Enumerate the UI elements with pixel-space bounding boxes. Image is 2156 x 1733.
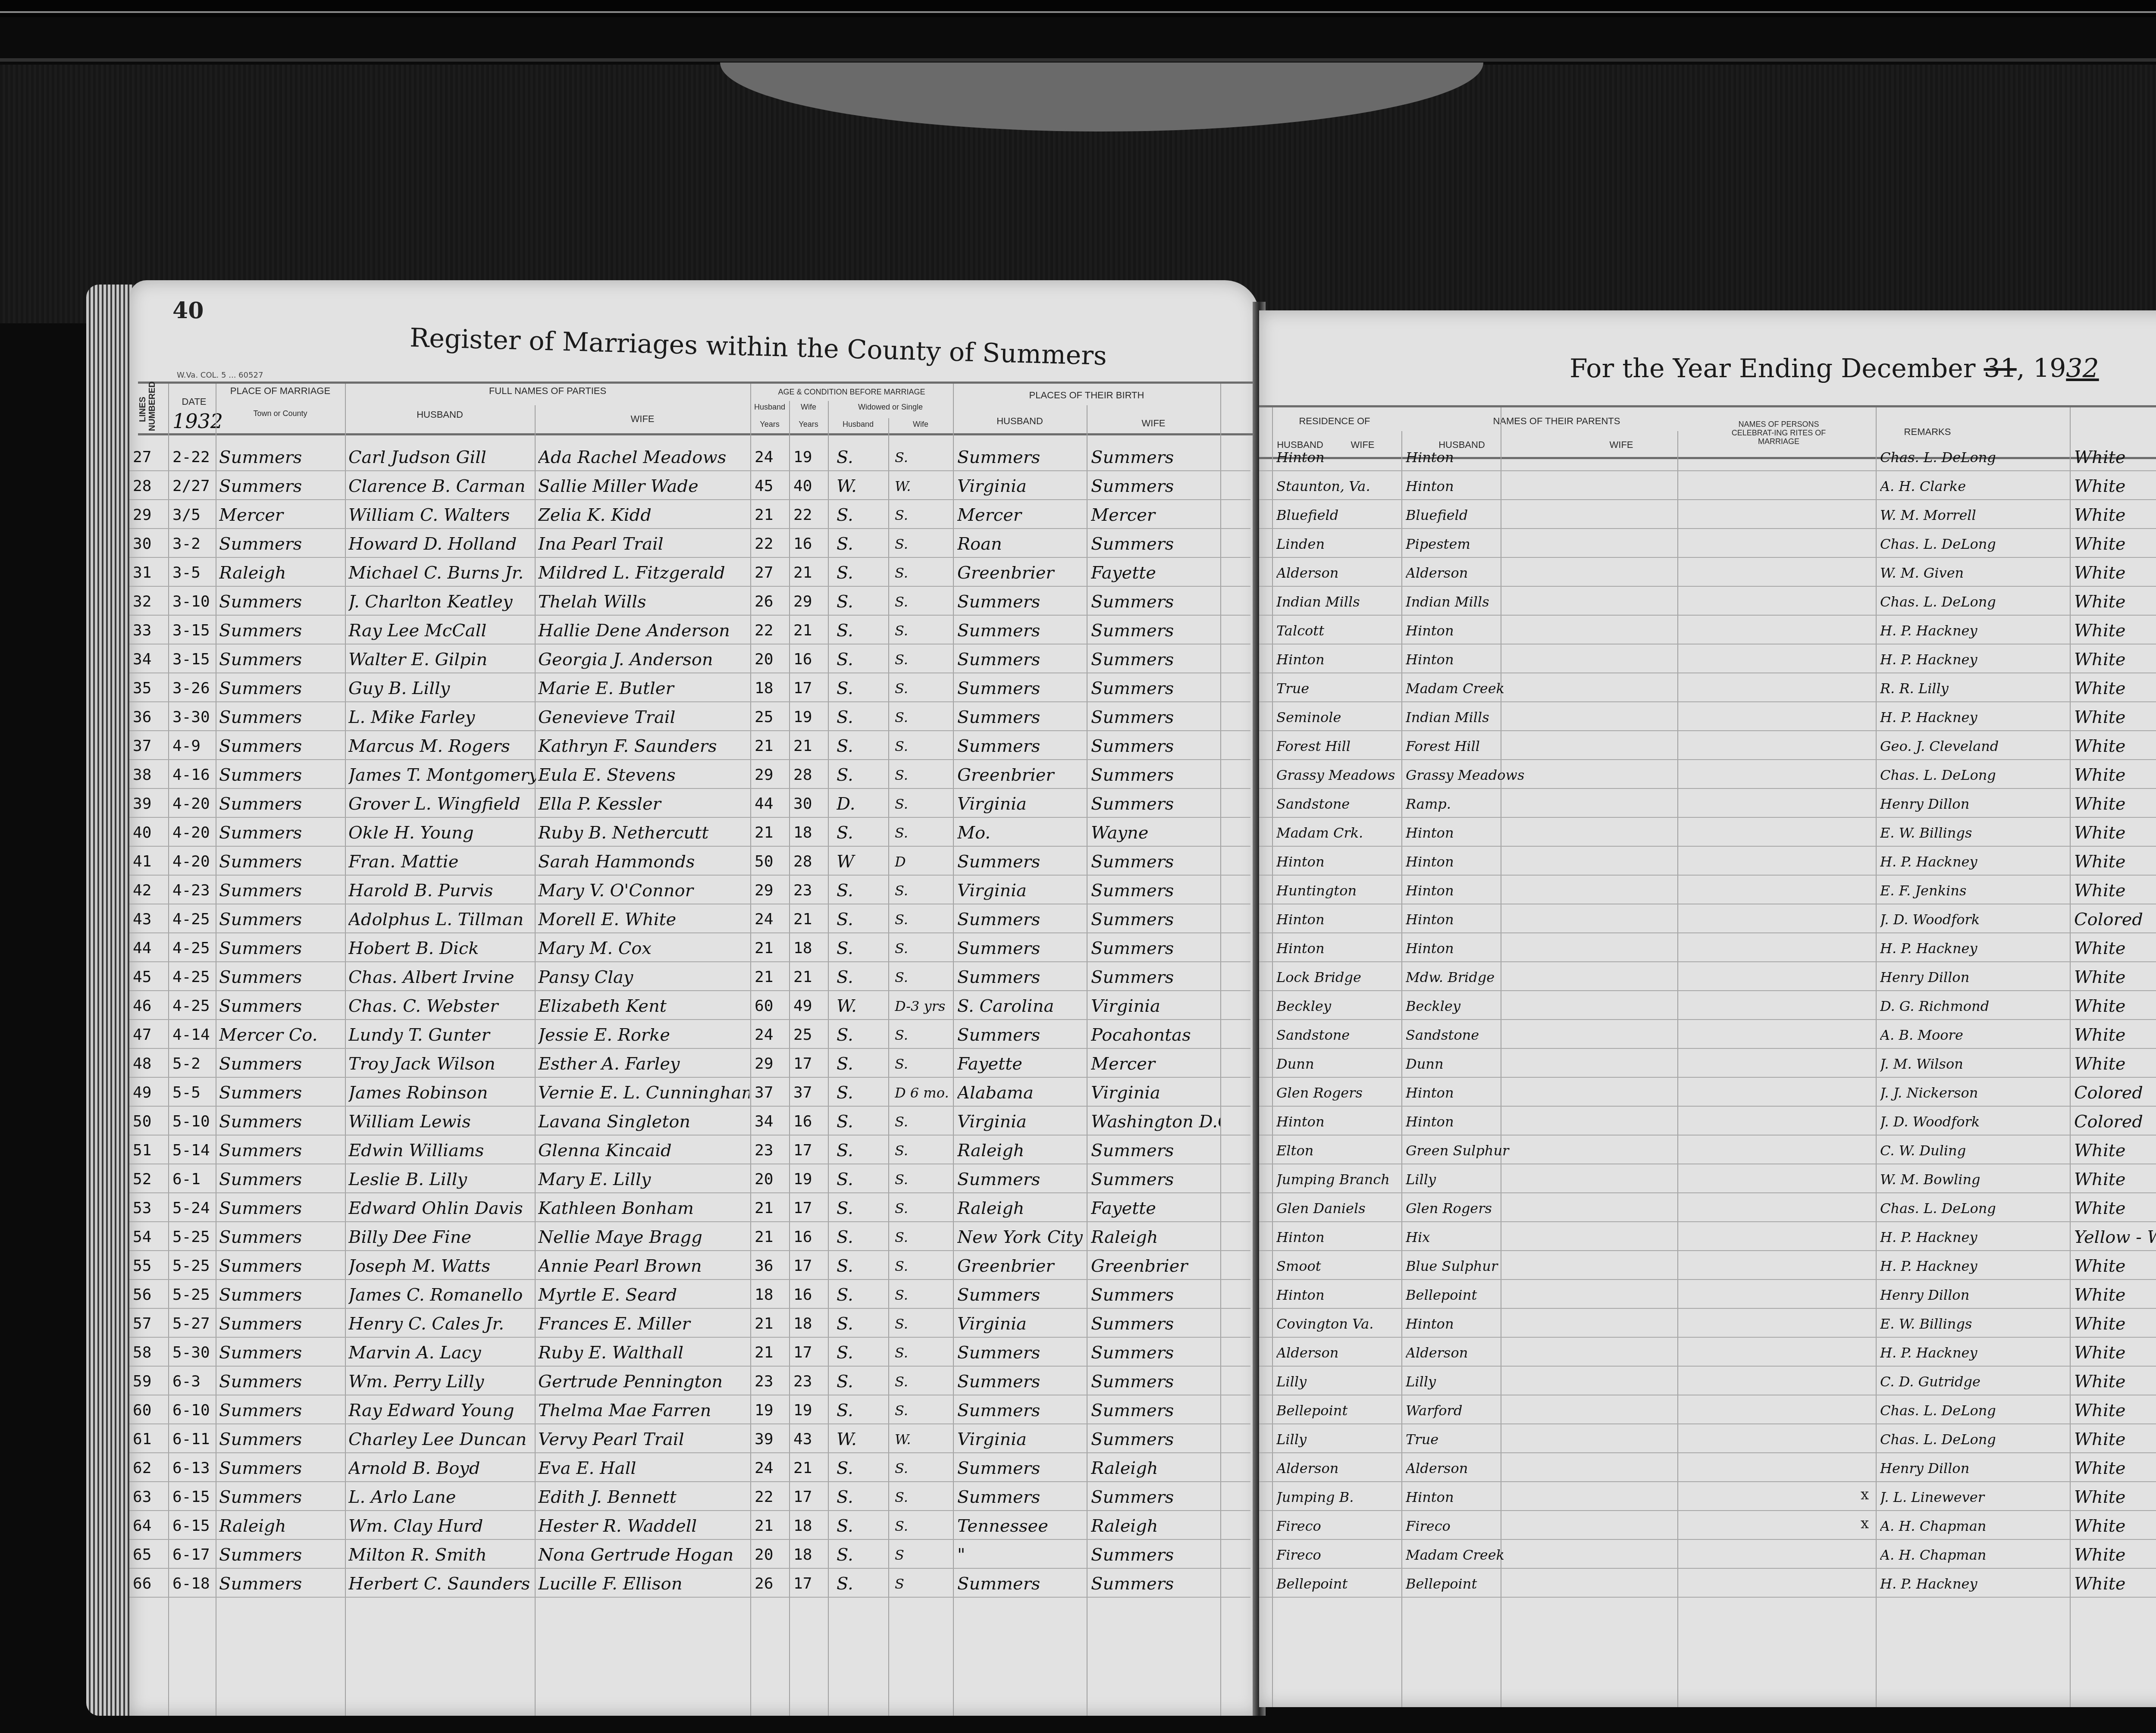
- line-number: 34: [133, 648, 169, 672]
- wife-age: 19: [793, 445, 828, 469]
- header-names-of-parents: NAMES OF THEIR PARENTS: [1397, 416, 1716, 426]
- table-row: HintonHintonH. P. HackneyWhite44: [1259, 933, 2156, 962]
- remarks: White: [2074, 1283, 2156, 1307]
- marriage-date: 3-10: [172, 590, 216, 614]
- table-row: 545-25SummersBilly Dee FineNellie Maye B…: [129, 1222, 1250, 1251]
- table-row: AldersonAldersonW. M. GivenWhite31: [1259, 557, 2156, 587]
- wife-condition: S.: [895, 734, 951, 758]
- wife-name: Gertrude Pennington: [538, 1370, 749, 1394]
- husband-residence: Lilly: [1276, 1427, 1401, 1451]
- wife-name: Ina Pearl Trail: [538, 532, 749, 556]
- husband-residence: Glen Rogers: [1276, 1081, 1401, 1105]
- wife-residence: Pipestem: [1406, 532, 1578, 556]
- place-of-marriage: Summers: [219, 1052, 344, 1076]
- scan-rule: [0, 11, 2156, 13]
- place-of-marriage: Summers: [219, 734, 344, 758]
- table-row: EltonGreen SulphurC. W. DulingWhite51: [1259, 1135, 2156, 1164]
- header-residence-of: RESIDENCE OF: [1272, 416, 1397, 426]
- celebrant-name: J. J. Nickerson: [1880, 1081, 2070, 1105]
- table-row: BellepointWarfordChas. L. DeLongWhite60: [1259, 1395, 2156, 1424]
- wife-name: Mary E. Lilly: [538, 1167, 749, 1192]
- wife-birthplace: Summers: [1091, 1167, 1220, 1192]
- husband-residence: Hinton: [1276, 850, 1401, 874]
- husband-residence: Linden: [1276, 532, 1401, 556]
- line-number: 63: [133, 1485, 169, 1509]
- wife-residence: Blue Sulphur: [1406, 1254, 1578, 1278]
- line-number: 44: [133, 936, 169, 960]
- husband-residence: Sandstone: [1276, 1023, 1401, 1047]
- wife-age: 40: [793, 474, 828, 498]
- wife-name: Ada Rachel Meadows: [538, 445, 749, 469]
- wife-birthplace: Summers: [1091, 648, 1220, 672]
- wife-name: Vernie E. L. Cunningham: [538, 1081, 749, 1105]
- place-of-marriage: Mercer: [219, 503, 344, 527]
- wife-age: 16: [793, 532, 828, 556]
- wife-condition: S.: [895, 532, 951, 556]
- wife-age: 18: [793, 821, 828, 845]
- remarks: Yellow - White: [2074, 1225, 2156, 1249]
- husband-name: Edward Ohlin Davis: [348, 1196, 536, 1220]
- husband-condition: S.: [837, 1283, 888, 1307]
- husband-age: 24: [755, 907, 789, 932]
- marriage-date: 3-26: [172, 676, 216, 701]
- wife-condition: S.: [895, 445, 951, 469]
- place-of-marriage: Summers: [219, 1225, 344, 1249]
- table-row: BluefieldBluefieldW. M. MorrellWhite29: [1259, 500, 2156, 529]
- husband-birthplace: Summers: [957, 1456, 1087, 1480]
- table-row: LillyTrueChas. L. DeLongWhite61: [1259, 1424, 2156, 1453]
- marriage-date: 4-16: [172, 763, 216, 787]
- place-of-marriage: Summers: [219, 590, 344, 614]
- husband-condition: S.: [837, 965, 888, 989]
- husband-condition: S.: [837, 619, 888, 643]
- marriage-date: 6-15: [172, 1485, 216, 1509]
- header-remarks: REMARKS: [1841, 427, 2014, 437]
- celebrant-name: H. P. Hackney: [1880, 619, 2070, 643]
- remarks: White: [2074, 1023, 2156, 1047]
- table-row: FirecoFirecoA. H. ChapmanWhite64x: [1259, 1511, 2156, 1540]
- husband-birthplace: Greenbrier: [957, 1254, 1087, 1278]
- husband-birthplace: Virginia: [957, 1312, 1087, 1336]
- wife-age: 19: [793, 1167, 828, 1192]
- table-row: 555-25SummersJoseph M. WattsAnnie Pearl …: [129, 1251, 1250, 1280]
- table-row: 535-24SummersEdward Ohlin DavisKathleen …: [129, 1193, 1250, 1222]
- place-of-marriage: Raleigh: [219, 561, 344, 585]
- wife-name: Morell E. White: [538, 907, 749, 932]
- wife-residence: Hinton: [1406, 879, 1578, 903]
- husband-birthplace: Summers: [957, 965, 1087, 989]
- husband-condition: S.: [837, 705, 888, 729]
- place-of-marriage: Summers: [219, 850, 344, 874]
- husband-age: 22: [755, 1485, 789, 1509]
- wife-condition: S.: [895, 590, 951, 614]
- marriage-date: 3-15: [172, 619, 216, 643]
- remarks: Colored: [2074, 1110, 2156, 1134]
- husband-name: Herbert C. Saunders: [348, 1572, 536, 1596]
- wife-condition: S.: [895, 1341, 951, 1365]
- husband-name: Howard D. Holland: [348, 532, 536, 556]
- wife-condition: S.: [895, 1196, 951, 1220]
- celebrant-name: W. M. Given: [1880, 561, 2070, 585]
- wife-age: 49: [793, 994, 828, 1018]
- table-row: HintonHintonJ. D. WoodforkColored43: [1259, 904, 2156, 933]
- husband-name: James Robinson: [348, 1081, 536, 1105]
- celebrant-name: E. W. Billings: [1880, 821, 2070, 845]
- husband-residence: Hinton: [1276, 907, 1401, 932]
- line-number: 35: [133, 676, 169, 701]
- husband-birthplace: Mo.: [957, 821, 1087, 845]
- husband-age: 21: [755, 1341, 789, 1365]
- marriage-date: 4-25: [172, 907, 216, 932]
- place-of-marriage: Summers: [219, 1543, 344, 1567]
- husband-residence: Huntington: [1276, 879, 1401, 903]
- place-of-marriage: Summers: [219, 907, 344, 932]
- line-number: 30: [133, 532, 169, 556]
- place-of-marriage: Summers: [219, 965, 344, 989]
- wife-age: 30: [793, 792, 828, 816]
- husband-condition: S.: [837, 503, 888, 527]
- marriage-date: 5-30: [172, 1341, 216, 1365]
- husband-residence: Lilly: [1276, 1370, 1401, 1394]
- husband-condition: S.: [837, 1167, 888, 1192]
- remarks: White: [2074, 821, 2156, 845]
- wife-age: 21: [793, 561, 828, 585]
- table-row: HintonHintonH. P. HackneyWhite34: [1259, 644, 2156, 673]
- wife-condition: S.: [895, 1283, 951, 1307]
- wife-birthplace: Summers: [1091, 1427, 1220, 1451]
- husband-age: 21: [755, 1196, 789, 1220]
- husband-age: 21: [755, 1312, 789, 1336]
- wife-name: Nellie Maye Bragg: [538, 1225, 749, 1249]
- husband-name: Leslie B. Lilly: [348, 1167, 536, 1192]
- husband-condition: S.: [837, 1254, 888, 1278]
- wife-birthplace: Summers: [1091, 1283, 1220, 1307]
- husband-name: Arnold B. Boyd: [348, 1456, 536, 1480]
- husband-residence: Glen Daniels: [1276, 1196, 1401, 1220]
- wife-residence: Hinton: [1406, 907, 1578, 932]
- husband-age: 21: [755, 503, 789, 527]
- husband-residence: Alderson: [1276, 1341, 1401, 1365]
- husband-condition: S.: [837, 1225, 888, 1249]
- husband-residence: Smoot: [1276, 1254, 1401, 1278]
- place-of-marriage: Summers: [219, 445, 344, 469]
- husband-condition: W.: [837, 994, 888, 1018]
- celebrant-name: H. P. Hackney: [1880, 936, 2070, 960]
- husband-name: Hobert B. Dick: [348, 936, 536, 960]
- wife-birthplace: Summers: [1091, 792, 1220, 816]
- wife-age: 23: [793, 879, 828, 903]
- wife-condition: S.: [895, 619, 951, 643]
- husband-condition: S.: [837, 879, 888, 903]
- celebrant-name: H. P. Hackney: [1880, 1225, 2070, 1249]
- marriage-date: 4-25: [172, 994, 216, 1018]
- place-of-marriage: Raleigh: [219, 1514, 344, 1538]
- wife-age: 16: [793, 1110, 828, 1134]
- wife-birthplace: Summers: [1091, 676, 1220, 701]
- table-row: 363-30SummersL. Mike FarleyGenevieve Tra…: [129, 702, 1250, 731]
- wife-condition: S: [895, 1572, 951, 1596]
- form-code: W.Va. COL. 5 ... 60527: [177, 371, 263, 380]
- husband-age: 18: [755, 676, 789, 701]
- header-places-of-birth: PLACES OF THEIR BIRTH: [953, 390, 1220, 400]
- wife-name: Genevieve Trail: [538, 705, 749, 729]
- celebrant-name: Chas. L. DeLong: [1880, 763, 2070, 787]
- husband-birthplace: Summers: [957, 1370, 1087, 1394]
- husband-condition: S.: [837, 1456, 888, 1480]
- wife-age: 19: [793, 705, 828, 729]
- wife-condition: S.: [895, 648, 951, 672]
- husband-age: 26: [755, 1572, 789, 1596]
- wife-name: Nona Gertrude Hogan: [538, 1543, 749, 1567]
- line-number: 47: [133, 1023, 169, 1047]
- remarks: White: [2074, 734, 2156, 758]
- wife-age: 21: [793, 619, 828, 643]
- table-row: 444-25SummersHobert B. DickMary M. Cox21…: [129, 933, 1250, 962]
- table-row: HintonHintonJ. D. WoodforkColored50: [1259, 1106, 2156, 1136]
- line-number: 55: [133, 1254, 169, 1278]
- husband-name: Fran. Mattie: [348, 850, 536, 874]
- remarks: White: [2074, 792, 2156, 816]
- line-number: 53: [133, 1196, 169, 1220]
- husband-birthplace: Alabama: [957, 1081, 1087, 1105]
- wife-condition: S.: [895, 1398, 951, 1423]
- table-row: 454-25SummersChas. Albert IrvinePansy Cl…: [129, 962, 1250, 991]
- place-of-marriage: Summers: [219, 474, 344, 498]
- table-row: Glen RogersHintonJ. J. NickersonColored4…: [1259, 1077, 2156, 1107]
- husband-birthplace: Virginia: [957, 474, 1087, 498]
- celebrant-name: Chas. L. DeLong: [1880, 590, 2070, 614]
- wife-condition: D 6 mo.: [895, 1081, 951, 1105]
- husband-birthplace: Summers: [957, 705, 1087, 729]
- husband-condition: S.: [837, 1052, 888, 1076]
- table-row: 333-15SummersRay Lee McCallHallie Dene A…: [129, 615, 1250, 644]
- wife-residence: Alderson: [1406, 1341, 1578, 1365]
- place-of-marriage: Summers: [219, 936, 344, 960]
- remarks: White: [2074, 1196, 2156, 1220]
- husband-birthplace: Virginia: [957, 1427, 1087, 1451]
- place-of-marriage: Summers: [219, 1283, 344, 1307]
- remarks: White: [2074, 994, 2156, 1018]
- table-row: DunnDunnJ. M. WilsonWhite48: [1259, 1048, 2156, 1078]
- table-row: SmootBlue SulphurH. P. HackneyWhite55: [1259, 1251, 2156, 1280]
- wife-birthplace: Summers: [1091, 445, 1220, 469]
- wife-birthplace: Pocahontas: [1091, 1023, 1220, 1047]
- wife-name: Georgia J. Anderson: [538, 648, 749, 672]
- celebrant-name: C. W. Duling: [1880, 1139, 2070, 1163]
- husband-birthplace: Summers: [957, 734, 1087, 758]
- header-full-names: FULL NAMES OF PARTIES: [345, 386, 750, 396]
- line-number: 51: [133, 1139, 169, 1163]
- wife-birthplace: Greenbrier: [1091, 1254, 1220, 1278]
- wife-condition: S.: [895, 965, 951, 989]
- wife-condition: S.: [895, 1023, 951, 1047]
- wife-age: 17: [793, 1341, 828, 1365]
- husband-residence: Bellepoint: [1276, 1572, 1401, 1596]
- husband-age: 25: [755, 705, 789, 729]
- celebrant-name: Chas. L. DeLong: [1880, 532, 2070, 556]
- wife-age: 17: [793, 1572, 828, 1596]
- table-row: Jumping BranchLillyW. M. BowlingWhite52: [1259, 1164, 2156, 1193]
- wife-age: 21: [793, 734, 828, 758]
- wife-age: 17: [793, 676, 828, 701]
- wife-age: 19: [793, 1398, 828, 1423]
- wife-age: 17: [793, 1254, 828, 1278]
- table-row: 585-30SummersMarvin A. LacyRuby E. Walth…: [129, 1337, 1250, 1367]
- wife-condition: S.: [895, 792, 951, 816]
- table-row: TrueMadam CreekR. R. LillyWhite35: [1259, 673, 2156, 702]
- title-year-handwritten: 32: [2066, 353, 2099, 384]
- place-of-marriage: Summers: [219, 1341, 344, 1365]
- header-age-condition: AGE & CONDITION BEFORE MARRIAGE: [750, 388, 953, 397]
- right-page: 40 For the Year Ending December 31, 1932…: [1259, 310, 2156, 1707]
- husband-age: 36: [755, 1254, 789, 1278]
- wife-age: 17: [793, 1485, 828, 1509]
- place-of-marriage: Summers: [219, 1196, 344, 1220]
- scan-rule-2: [0, 58, 2156, 62]
- remarks: White: [2074, 1514, 2156, 1538]
- line-number: 48: [133, 1052, 169, 1076]
- husband-name: Chas. C. Webster: [348, 994, 536, 1018]
- wife-name: Sarah Hammonds: [538, 850, 749, 874]
- husband-residence: Seminole: [1276, 705, 1401, 729]
- wife-condition: S.: [895, 1456, 951, 1480]
- wife-birthplace: Washington D.C.: [1091, 1110, 1220, 1134]
- wife-age: 37: [793, 1081, 828, 1105]
- table-row: 424-23SummersHarold B. PurvisMary V. O'C…: [129, 875, 1250, 904]
- wife-birthplace: Summers: [1091, 763, 1220, 787]
- wife-birthplace: Summers: [1091, 734, 1220, 758]
- marriage-date: 5-10: [172, 1110, 216, 1134]
- husband-birthplace: Roan: [957, 532, 1087, 556]
- place-of-marriage: Summers: [219, 1485, 344, 1509]
- table-row: 394-20SummersGrover L. WingfieldElla P. …: [129, 788, 1250, 818]
- wife-condition: S.: [895, 676, 951, 701]
- table-row: 515-14SummersEdwin WilliamsGlenna Kincai…: [129, 1135, 1250, 1164]
- remarks: White: [2074, 619, 2156, 643]
- celebrant-name: A. H. Chapman: [1880, 1543, 2070, 1567]
- remarks: White: [2074, 1543, 2156, 1567]
- husband-name: L. Mike Farley: [348, 705, 536, 729]
- husband-name: Milton R. Smith: [348, 1543, 536, 1567]
- marriage-date: 6-15: [172, 1514, 216, 1538]
- husband-name: Henry C. Cales Jr.: [348, 1312, 536, 1336]
- line-number: 54: [133, 1225, 169, 1249]
- wife-residence: Hinton: [1406, 1485, 1578, 1509]
- table-row: 272-22SummersCarl Judson GillAda Rachel …: [129, 442, 1250, 471]
- husband-birthplace: Summers: [957, 1485, 1087, 1509]
- husband-age: 21: [755, 1225, 789, 1249]
- husband-name: Billy Dee Fine: [348, 1225, 536, 1249]
- title-prefix: For the Year Ending December: [1570, 353, 1975, 384]
- husband-name: J. Charlton Keatley: [348, 590, 536, 614]
- wife-residence: Mdw. Bridge: [1406, 965, 1578, 989]
- line-number: 33: [133, 619, 169, 643]
- remarks: White: [2074, 1572, 2156, 1596]
- husband-birthplace: Virginia: [957, 1110, 1087, 1134]
- husband-name: Marcus M. Rogers: [348, 734, 536, 758]
- table-row: SeminoleIndian MillsH. P. HackneyWhite36: [1259, 702, 2156, 731]
- husband-age: 50: [755, 850, 789, 874]
- wife-age: 16: [793, 648, 828, 672]
- table-row: 464-25SummersChas. C. WebsterElizabeth K…: [129, 991, 1250, 1020]
- marriage-date: 2/27: [172, 474, 216, 498]
- husband-residence: Forest Hill: [1276, 734, 1401, 758]
- place-of-marriage: Summers: [219, 1572, 344, 1596]
- husband-condition: S.: [837, 734, 888, 758]
- celebrant-name: H. P. Hackney: [1880, 705, 2070, 729]
- celebrant-name: E. W. Billings: [1880, 1312, 2070, 1336]
- wife-name: Zelia K. Kidd: [538, 503, 749, 527]
- husband-residence: Dunn: [1276, 1052, 1401, 1076]
- table-row: 343-15SummersWalter E. GilpinGeorgia J. …: [129, 644, 1250, 673]
- remarks: Colored: [2074, 907, 2156, 932]
- wife-birthplace: Summers: [1091, 879, 1220, 903]
- wife-condition: S.: [895, 879, 951, 903]
- wife-name: Kathryn F. Saunders: [538, 734, 749, 758]
- table-row: Indian MillsIndian MillsChas. L. DeLongW…: [1259, 586, 2156, 616]
- husband-age: 19: [755, 1398, 789, 1423]
- marriage-date: 4-25: [172, 936, 216, 960]
- husband-birthplace: Raleigh: [957, 1196, 1087, 1220]
- marriage-date: 3-2: [172, 532, 216, 556]
- line-number: 66: [133, 1572, 169, 1596]
- wife-age: 28: [793, 850, 828, 874]
- line-number: 41: [133, 850, 169, 874]
- wife-birthplace: Summers: [1091, 590, 1220, 614]
- place-of-marriage: Summers: [219, 1139, 344, 1163]
- wife-name: Ruby E. Walthall: [538, 1341, 749, 1365]
- wife-residence: Hinton: [1406, 1110, 1578, 1134]
- line-number: 43: [133, 907, 169, 932]
- husband-name: Walter E. Gilpin: [348, 648, 536, 672]
- left-page-number: 40: [172, 297, 204, 324]
- wife-name: Sallie Miller Wade: [538, 474, 749, 498]
- wife-condition: W.: [895, 474, 951, 498]
- wife-birthplace: Summers: [1091, 619, 1220, 643]
- table-row: Glen DanielsGlen RogersChas. L. DeLongWh…: [1259, 1193, 2156, 1222]
- husband-birthplace: Summers: [957, 1167, 1087, 1192]
- title-century: 19: [2033, 353, 2066, 384]
- wife-birthplace: Mercer: [1091, 503, 1220, 527]
- celebrant-name: J. M. Wilson: [1880, 1052, 2070, 1076]
- table-row: SandstoneRamp.Henry DillonWhite39: [1259, 788, 2156, 818]
- table-row: 636-15SummersL. Arlo LaneEdith J. Bennet…: [129, 1482, 1250, 1511]
- wife-birthplace: Summers: [1091, 1341, 1220, 1365]
- wife-age: 21: [793, 1456, 828, 1480]
- wife-name: Mary M. Cox: [538, 936, 749, 960]
- table-row: LindenPipestemChas. L. DeLongWhite30: [1259, 529, 2156, 558]
- husband-birthplace: Summers: [957, 1341, 1087, 1365]
- celebrant-name: H. P. Hackney: [1880, 1572, 2070, 1596]
- line-number: 39: [133, 792, 169, 816]
- marriage-date: 5-25: [172, 1283, 216, 1307]
- wife-condition: S.: [895, 763, 951, 787]
- book-page-edges-left: [86, 285, 134, 1716]
- place-of-marriage: Summers: [219, 619, 344, 643]
- husband-residence: Hinton: [1276, 1225, 1401, 1249]
- wife-residence: Hinton: [1406, 850, 1578, 874]
- wife-residence: Indian Mills: [1406, 705, 1578, 729]
- husband-name: Guy B. Lilly: [348, 676, 536, 701]
- husband-name: Clarence B. Carman: [348, 474, 536, 498]
- husband-condition: S.: [837, 821, 888, 845]
- table-row: HintonBellepointHenry DillonWhite56: [1259, 1279, 2156, 1309]
- table-row: 616-11SummersCharley Lee DuncanVervy Pea…: [129, 1424, 1250, 1453]
- table-row: 313-5RaleighMichael C. Burns Jr.Mildred …: [129, 557, 1250, 587]
- wife-birthplace: Summers: [1091, 1572, 1220, 1596]
- husband-name: Ray Lee McCall: [348, 619, 536, 643]
- celebrant-name: C. D. Gutridge: [1880, 1370, 2070, 1394]
